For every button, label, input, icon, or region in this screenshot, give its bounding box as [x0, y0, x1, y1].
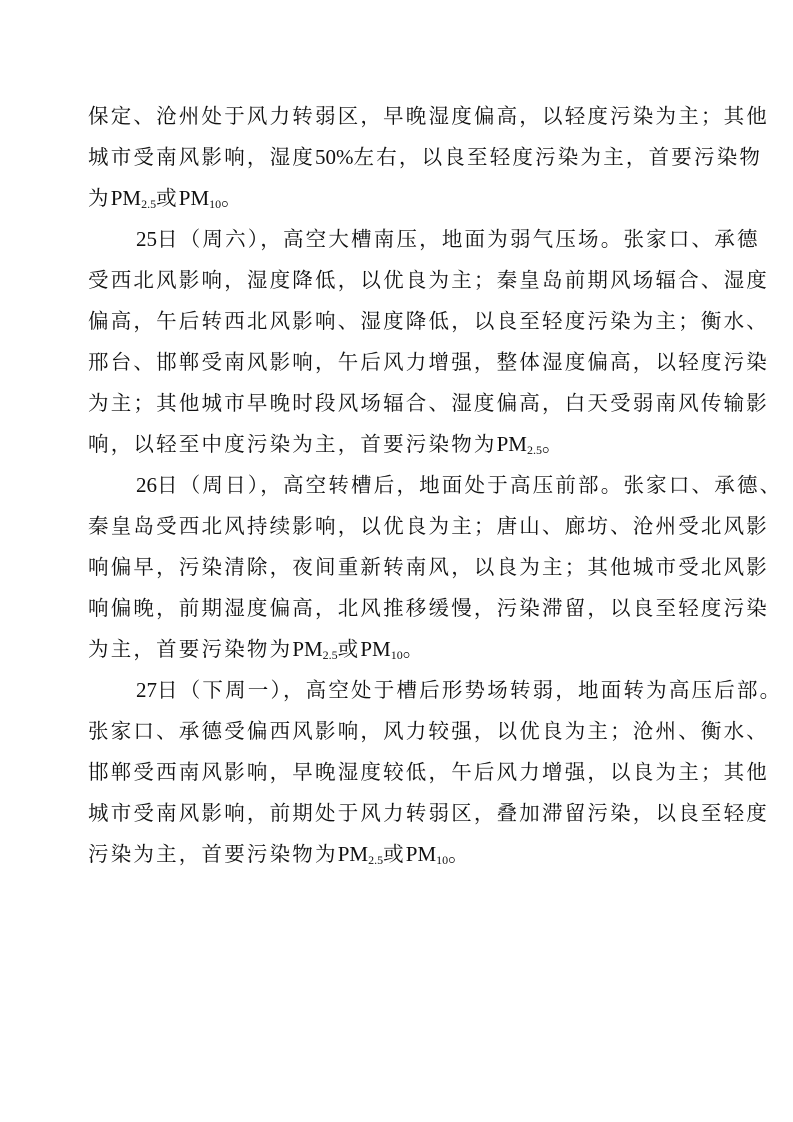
text-run: 日（下周一），高空处于槽后形势场转弱，地面转为高压后部。 [157, 678, 782, 702]
text-run: 或 [156, 186, 179, 210]
text-run: 50% [315, 145, 354, 169]
text-run: 秦皇岛受西北风持续影响，以优良为主；唐山、廊坊、沧州受北风影 [88, 514, 769, 538]
paragraph-p0: 保定、沧州处于风力转弱区，早晚湿度偏高，以轻度污染为主；其他城市受南风影响，湿度… [88, 96, 718, 219]
subscript: 2.5 [527, 443, 542, 457]
text-run: 。 [403, 637, 426, 661]
text-run: 城市受南风影响，前期处于风力转弱区，叠加滞留污染，以良至轻度 [88, 801, 769, 825]
paragraph-p3: 27日（下周一），高空处于槽后形势场转弱，地面转为高压后部。张家口、承德受偏西风… [88, 670, 718, 875]
paragraph-p1: 25日（周六），高空大槽南压，地面为弱气压场。张家口、承德受西北风影响，湿度降低… [88, 219, 718, 465]
subscript: 10 [209, 197, 221, 211]
subscript: 2.5 [368, 853, 383, 867]
text-run: 左右，以良至轻度污染为主，首要污染物 [354, 145, 763, 169]
text-line: 25日（周六），高空大槽南压，地面为弱气压场。张家口、承德 [88, 219, 718, 260]
text-run: 27 [136, 678, 157, 702]
text-line: 城市受南风影响，前期处于风力转弱区，叠加滞留污染，以良至轻度 [88, 793, 718, 834]
text-run: PM [360, 637, 390, 661]
text-line: 27日（下周一），高空处于槽后形势场转弱，地面转为高压后部。 [88, 670, 718, 711]
text-run: 响偏晚，前期湿度偏高，北风推移缓慢，污染滞留，以良至轻度污染 [88, 596, 769, 620]
text-run: 日（周日），高空转槽后，地面处于高压前部。张家口、承德、 [157, 473, 782, 497]
text-run: 或 [383, 842, 406, 866]
text-run: 26 [136, 473, 157, 497]
text-run: 受西北风影响，湿度降低，以优良为主；秦皇岛前期风场辐合、湿度 [88, 268, 769, 292]
text-run: 响偏早，污染清除，夜间重新转南风，以良为主；其他城市受北风影 [88, 555, 769, 579]
text-run: 保定、沧州处于风力转弱区，早晚湿度偏高，以轻度污染为主；其他 [88, 104, 769, 128]
paragraph-p2: 26日（周日），高空转槽后，地面处于高压前部。张家口、承德、秦皇岛受西北风持续影… [88, 465, 718, 670]
text-line: 26日（周日），高空转槽后，地面处于高压前部。张家口、承德、 [88, 465, 718, 506]
text-run: 响，以轻至中度污染为主，首要污染物为 [88, 432, 497, 456]
text-line: 张家口、承德受偏西风影响，风力较强，以优良为主；沧州、衡水、 [88, 711, 718, 752]
text-line: 城市受南风影响，湿度50%左右，以良至轻度污染为主，首要污染物 [88, 137, 718, 178]
text-run: 。 [221, 186, 244, 210]
text-run: 城市受南风影响，湿度 [88, 145, 315, 169]
subscript: 10 [391, 648, 403, 662]
text-run: 邯郸受西南风影响，早晚湿度较低，午后风力增强，以良为主；其他 [88, 760, 769, 784]
subscript: 2.5 [141, 197, 156, 211]
text-line: 响，以轻至中度污染为主，首要污染物为PM2.5。 [88, 424, 718, 465]
text-line: 邯郸受西南风影响，早晚湿度较低，午后风力增强，以良为主；其他 [88, 752, 718, 793]
forecast-text-body: 保定、沧州处于风力转弱区，早晚湿度偏高，以轻度污染为主；其他城市受南风影响，湿度… [88, 96, 718, 875]
document-page: 保定、沧州处于风力转弱区，早晚湿度偏高，以轻度污染为主；其他城市受南风影响，湿度… [0, 0, 793, 1122]
text-run: 日（周六），高空大槽南压，地面为弱气压场。张家口、承德 [157, 227, 760, 251]
text-run: 为主，首要污染物为 [88, 637, 292, 661]
text-line: 为主，首要污染物为PM2.5或PM10。 [88, 629, 718, 670]
subscript: 10 [436, 853, 448, 867]
text-run: 25 [136, 227, 157, 251]
text-run: 邢台、邯郸受南风影响，午后风力增强，整体湿度偏高，以轻度污染 [88, 350, 769, 374]
text-run: 张家口、承德受偏西风影响，风力较强，以优良为主；沧州、衡水、 [88, 719, 769, 743]
text-line: 受西北风影响，湿度降低，以优良为主；秦皇岛前期风场辐合、湿度 [88, 260, 718, 301]
text-line: 为PM2.5或PM10。 [88, 178, 718, 219]
text-line: 保定、沧州处于风力转弱区，早晚湿度偏高，以轻度污染为主；其他 [88, 96, 718, 137]
text-run: 。 [542, 432, 565, 456]
text-run: 为主；其他城市早晚时段风场辐合、湿度偏高，白天受弱南风传输影 [88, 391, 769, 415]
text-run: PM [406, 842, 436, 866]
text-run: PM [338, 842, 368, 866]
text-line: 为主；其他城市早晚时段风场辐合、湿度偏高，白天受弱南风传输影 [88, 383, 718, 424]
text-run: 为 [88, 186, 111, 210]
text-run: PM [497, 432, 527, 456]
text-line: 秦皇岛受西北风持续影响，以优良为主；唐山、廊坊、沧州受北风影 [88, 506, 718, 547]
text-line: 响偏晚，前期湿度偏高，北风推移缓慢，污染滞留，以良至轻度污染 [88, 588, 718, 629]
text-run: PM [292, 637, 322, 661]
text-line: 偏高，午后转西北风影响、湿度降低，以良至轻度污染为主；衡水、 [88, 301, 718, 342]
text-run: 。 [448, 842, 471, 866]
text-run: 或 [338, 637, 361, 661]
text-run: PM [179, 186, 209, 210]
text-run: 污染为主，首要污染物为 [88, 842, 338, 866]
text-line: 污染为主，首要污染物为PM2.5或PM10。 [88, 834, 718, 875]
text-run: 偏高，午后转西北风影响、湿度降低，以良至轻度污染为主；衡水、 [88, 309, 769, 333]
subscript: 2.5 [323, 648, 338, 662]
text-run: PM [111, 186, 141, 210]
text-line: 响偏早，污染清除，夜间重新转南风，以良为主；其他城市受北风影 [88, 547, 718, 588]
text-line: 邢台、邯郸受南风影响，午后风力增强，整体湿度偏高，以轻度污染 [88, 342, 718, 383]
